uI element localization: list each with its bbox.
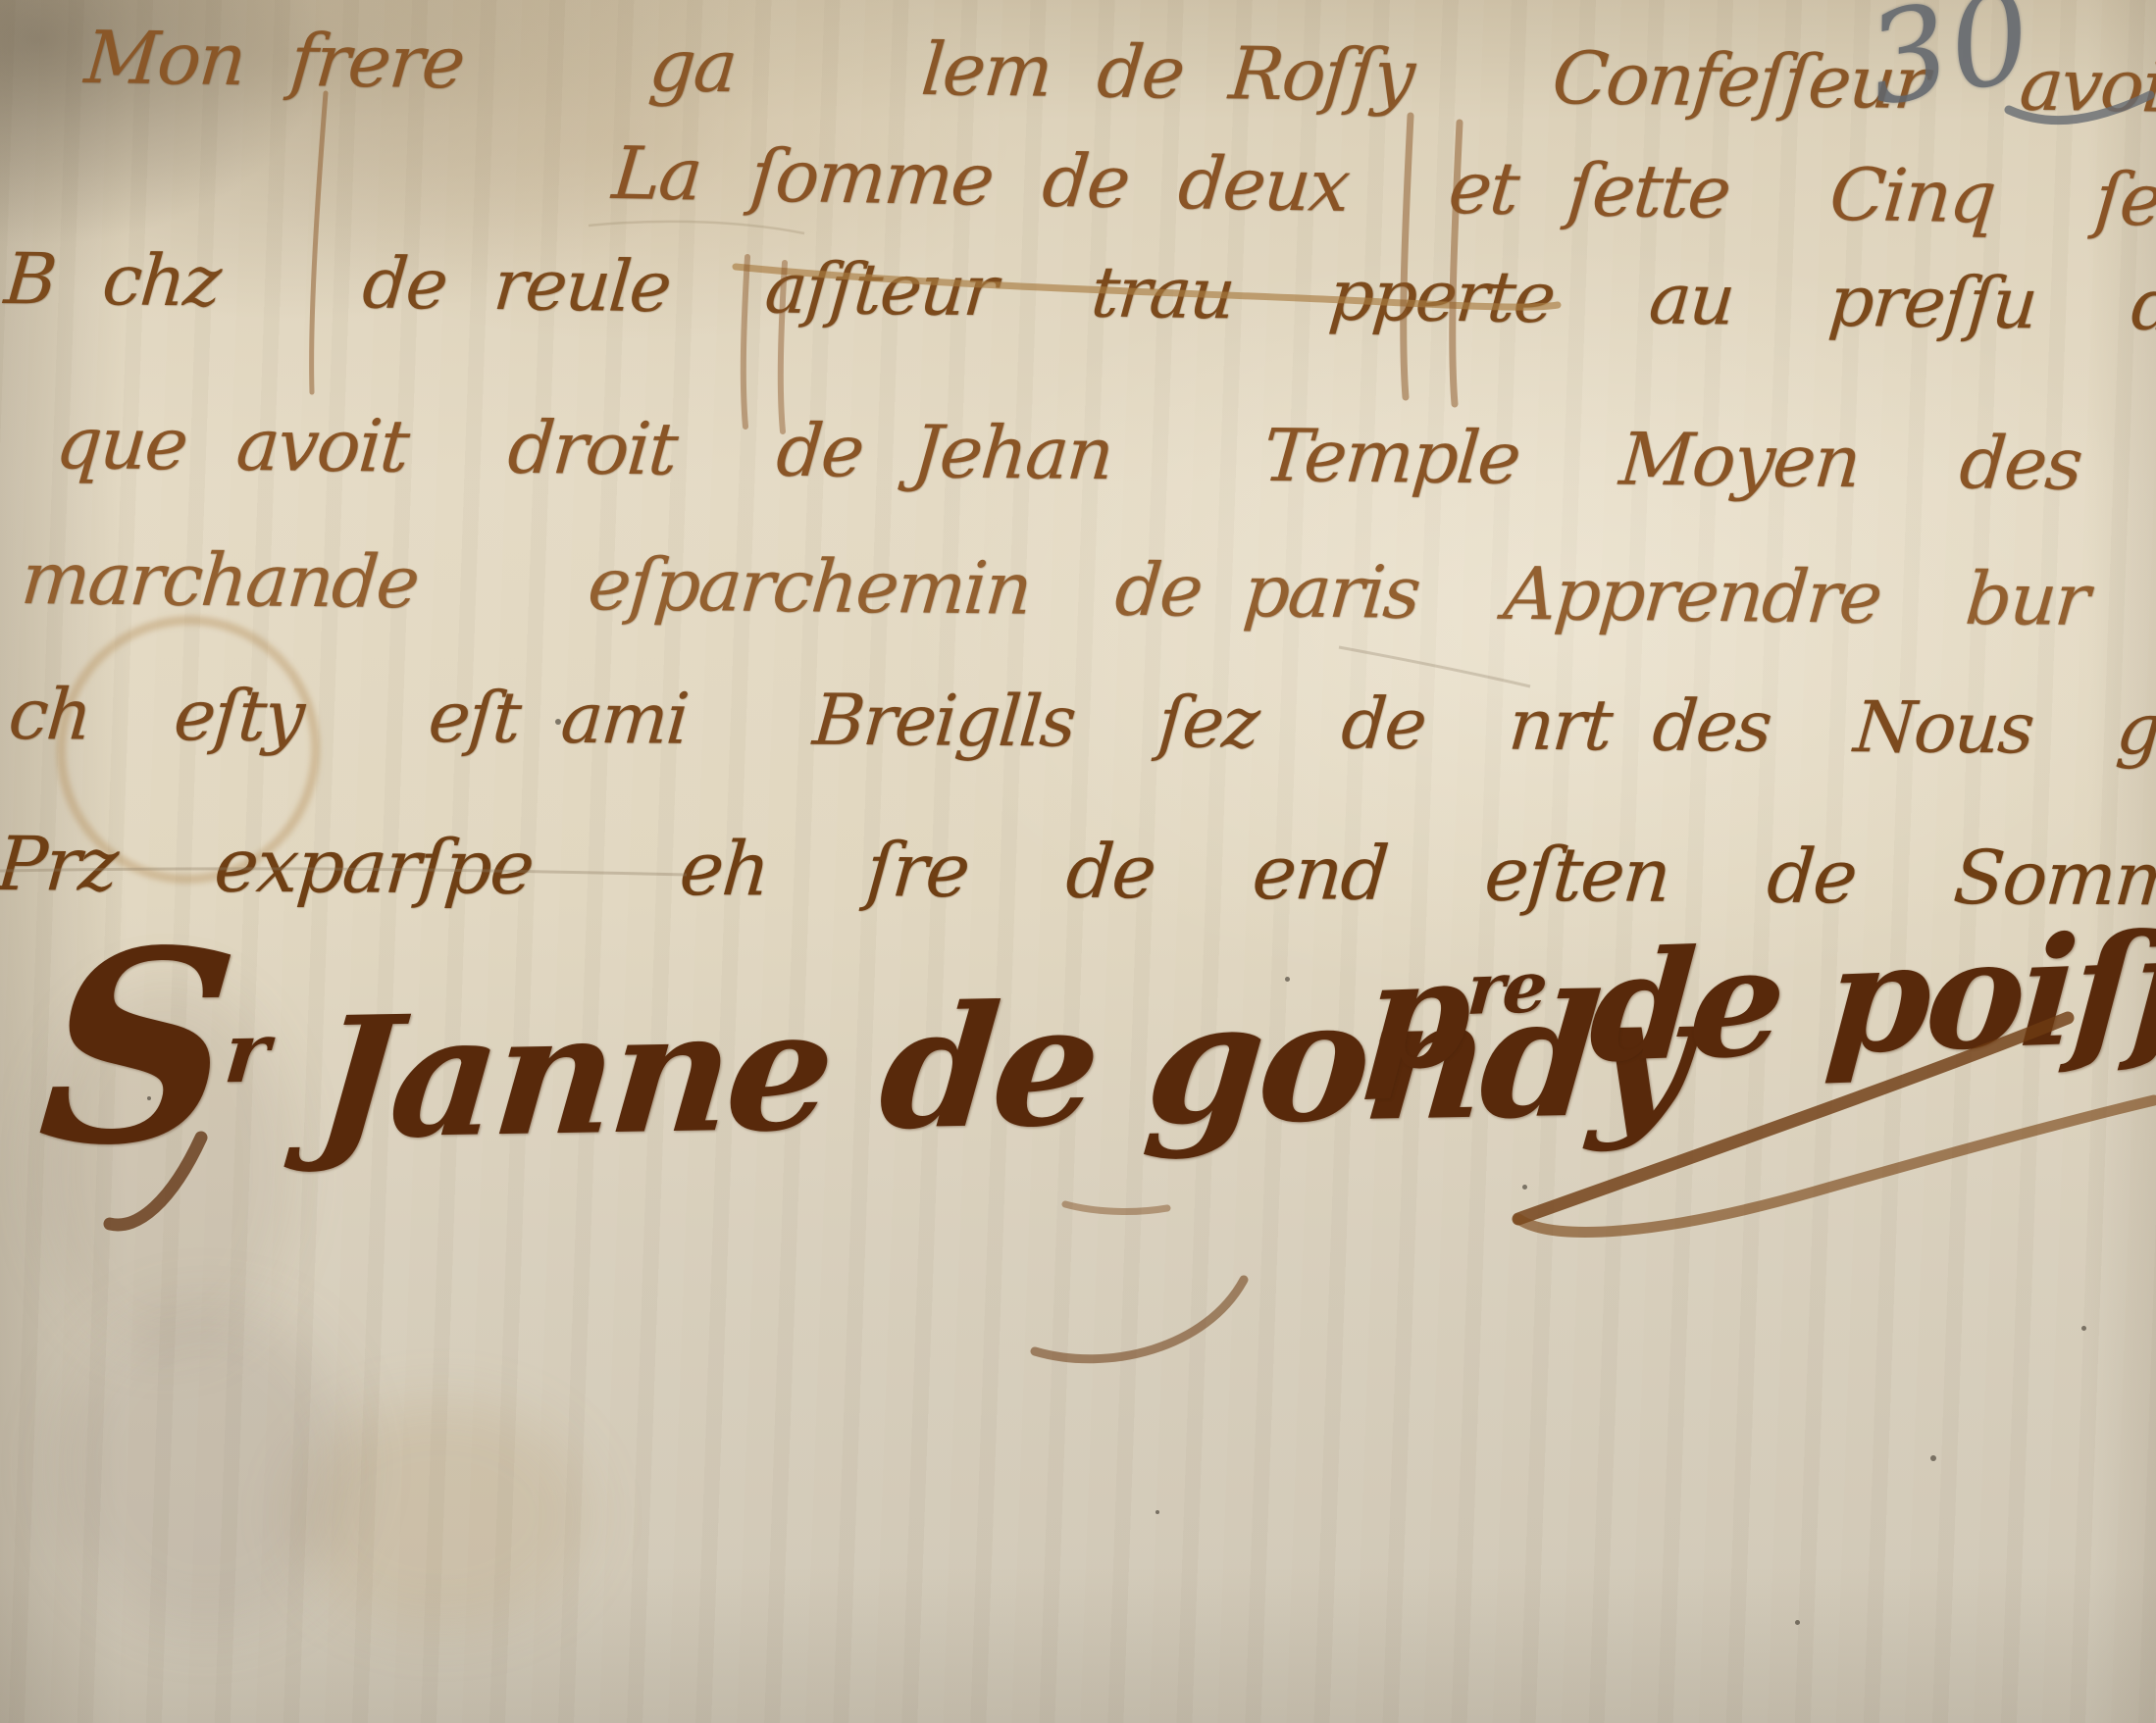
ink-overlay [0,0,2156,1723]
parchment-sheet: Mon frere ga lem de Roſſy Confeſſeur avo… [0,0,2156,1723]
tall-s-stroke [744,257,747,427]
signature-flourish [1065,1204,1167,1211]
tall-s-stroke [1404,116,1411,397]
descender-stroke [312,93,326,392]
signature-y-tail [1035,1280,1244,1359]
pencil-dash-stroke [2009,95,2150,121]
paper-crease [0,869,687,875]
amount-underline [736,267,1558,307]
signature-flourish [1518,1100,2154,1232]
paper-crease [589,222,804,233]
tall-s-stroke [781,263,785,431]
tall-s-stroke [1453,123,1460,404]
paper-crease [1339,647,1530,686]
signature-s-tail [110,1138,201,1225]
signature-flourish [1518,1018,2068,1219]
